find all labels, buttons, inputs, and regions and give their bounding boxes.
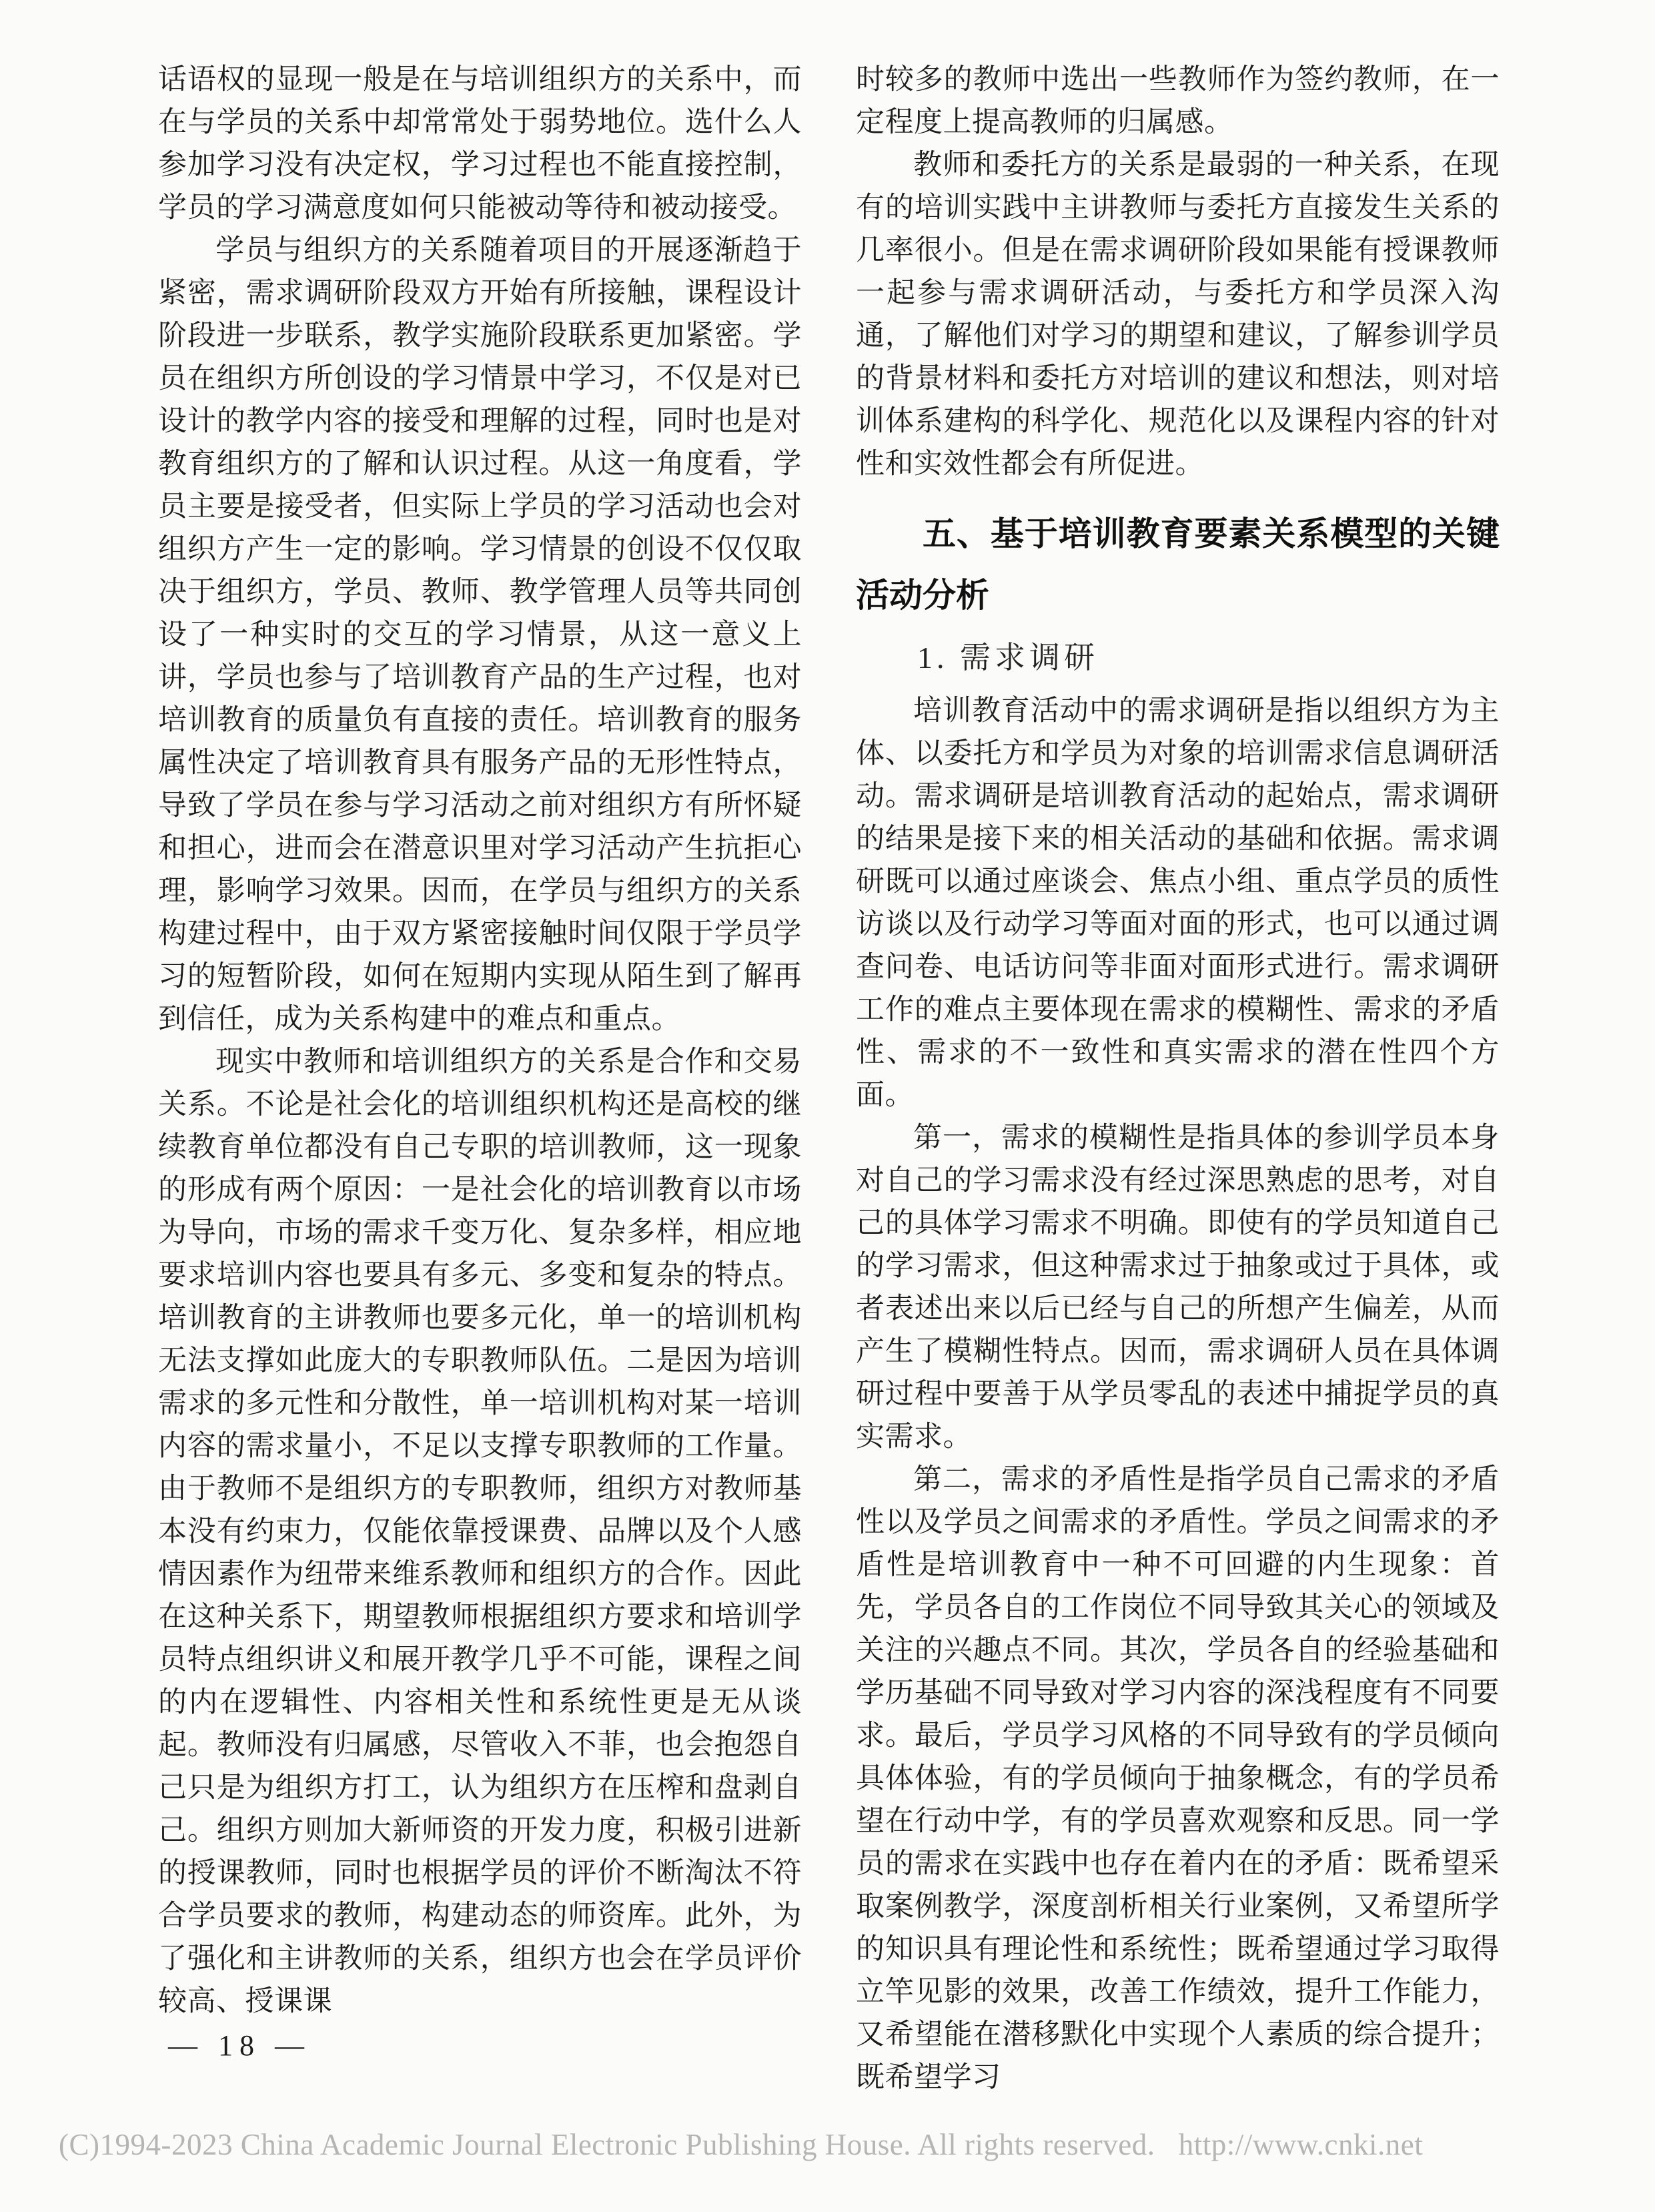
paragraph: 现实中教师和培训组织方的关系是合作和交易关系。不论是社会化的培训组织机构还是高校… xyxy=(158,1041,802,2023)
paragraph: 话语权的显现一般是在与培训组织方的关系中，而在与学员的关系中却常常处于弱势地位。… xyxy=(158,59,802,230)
section-heading: 五、基于培训教育要素关系模型的关键活动分析 xyxy=(856,503,1500,626)
right-column: 时较多的教师中选出一些教师作为签约教师，在一定程度上提高教师的归属感。 教师和委… xyxy=(856,59,1500,2099)
page-number: — 18 — xyxy=(168,2029,311,2063)
subsection-heading: 1. 需求调研 xyxy=(856,633,1500,683)
paragraph: 培训教育活动中的需求调研是指以组织方为主体、以委托方和学员为对象的培训需求信息调… xyxy=(856,690,1500,1117)
paragraph: 第二，需求的矛盾性是指学员自己需求的矛盾性以及学员之间需求的矛盾性。学员之间需求… xyxy=(856,1459,1500,2099)
document-page: 话语权的显现一般是在与培训组织方的关系中，而在与学员的关系中却常常处于弱势地位。… xyxy=(0,0,1655,2212)
paragraph: 教师和委托方的关系是最弱的一种关系，在现有的培训实践中主讲教师与委托方直接发生关… xyxy=(856,144,1500,486)
two-column-text-area: 话语权的显现一般是在与培训组织方的关系中，而在与学员的关系中却常常处于弱势地位。… xyxy=(158,59,1500,2099)
paragraph: 第一，需求的模糊性是指具体的参训学员本身对自己的学习需求没有经过深思熟虑的思考，… xyxy=(856,1117,1500,1459)
paragraph: 学员与组织方的关系随着项目的开展逐渐趋于紧密，需求调研阶段双方开始有所接触，课程… xyxy=(158,230,802,1041)
copyright-footer: (C)1994-2023 China Academic Journal Elec… xyxy=(59,2127,1423,2162)
paragraph: 时较多的教师中选出一些教师作为签约教师，在一定程度上提高教师的归属感。 xyxy=(856,59,1500,144)
left-column: 话语权的显现一般是在与培训组织方的关系中，而在与学员的关系中却常常处于弱势地位。… xyxy=(158,59,802,2099)
